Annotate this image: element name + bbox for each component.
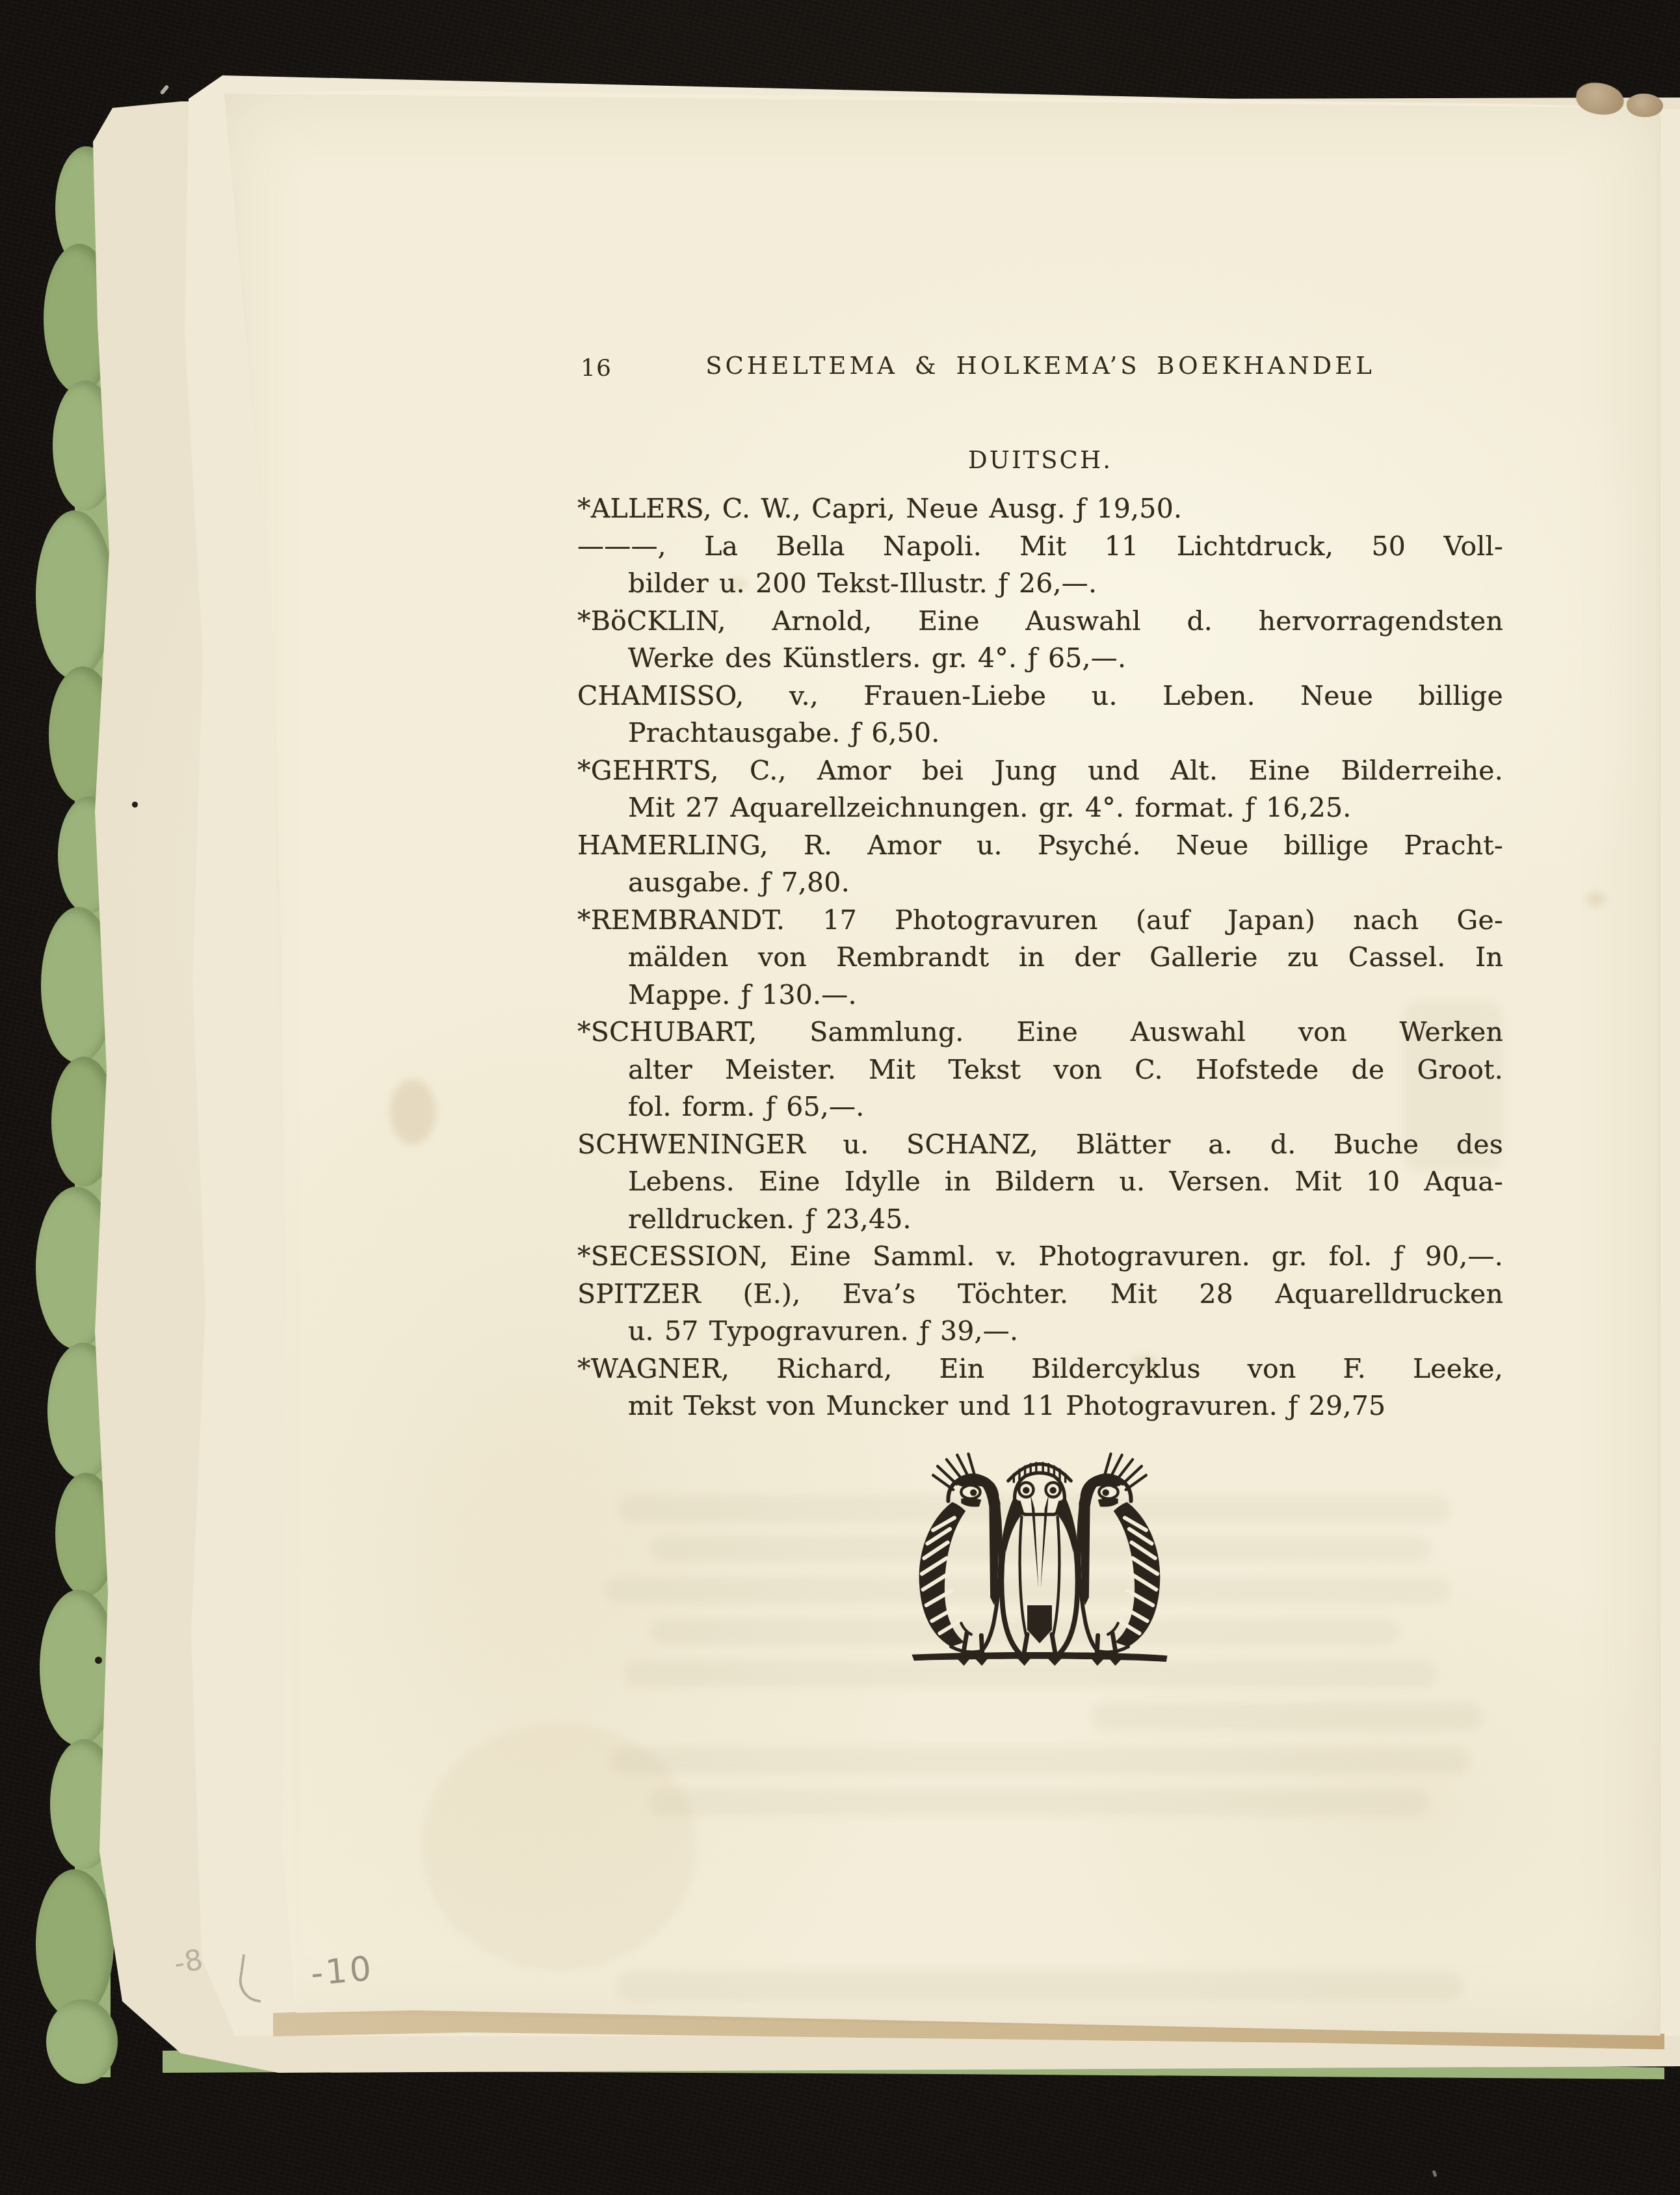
running-title: SCHELTEMA & HOLKEMA’S BOEKHANDEL: [598, 352, 1482, 380]
catalog-entry: *WAGNER, Richard, Ein Bildercyklus von F…: [577, 1350, 1503, 1425]
catalog-entry-line: bilder u. 200 Tekst-Illustr. ƒ 26,—.: [577, 565, 1503, 603]
section-heading: DUITSCH.: [598, 446, 1482, 474]
catalog-entry-line: *WAGNER, Richard, Ein Bildercyklus von F…: [577, 1350, 1503, 1388]
catalog-entry-line: u. 57 Typogravuren. ƒ 39,—.: [577, 1313, 1503, 1350]
catalog-entry: ———, La Bella Napoli. Mit 11 Lichtdruck,…: [577, 528, 1503, 603]
catalog-entry-line: CHAMISSO, v., Frauen-Liebe u. Leben. Neu…: [577, 677, 1503, 715]
catalog-entry-line: mit Tekst von Muncker und 11 Photogravur…: [577, 1387, 1503, 1425]
catalog-entry-line: relldrucken. ƒ 23,45.: [577, 1201, 1503, 1239]
catalog-entry-line: ausgabe. ƒ 7,80.: [577, 864, 1503, 902]
catalog-entry-line: *SCHUBART, Sammlung. Eine Auswahl von We…: [577, 1014, 1503, 1051]
three-storks-vignette-illustration: [877, 1438, 1202, 1679]
catalog-entry-line: Mit 27 Aquarellzeichnungen. gr. 4°. form…: [577, 789, 1503, 827]
scanned-catalog-page: { "page": { "page_number": "16", "runnin…: [0, 0, 1680, 2195]
catalog-entry-line: fol. form. ƒ 65,—.: [577, 1088, 1503, 1126]
catalog-entry-line: Lebens. Eine Idylle in Bildern u. Versen…: [577, 1163, 1503, 1201]
catalog-entry: SCHWENINGER u. SCHANZ, Blätter a. d. Buc…: [577, 1126, 1503, 1239]
catalog-entry-line: *BöCKLIN, Arnold, Eine Auswahl d. hervor…: [577, 603, 1503, 640]
catalog-entry: HAMERLING, R. Amor u. Psyché. Neue billi…: [577, 827, 1503, 902]
catalog-entry-line: Werke des Künstlers. gr. 4°. ƒ 65,—.: [577, 640, 1503, 677]
catalog-entry-line: mälden von Rembrandt in der Gallerie zu …: [577, 939, 1503, 977]
catalog-entry-line: HAMERLING, R. Amor u. Psyché. Neue billi…: [577, 827, 1503, 865]
catalog-entry-line: alter Meister. Mit Tekst von C. Hofstede…: [577, 1051, 1503, 1089]
catalog-entry: *GEHRTS, C., Amor bei Jung und Alt. Eine…: [577, 752, 1503, 827]
catalog-entry-line: *REMBRANDT. 17 Photogravuren (auf Japan)…: [577, 902, 1503, 940]
catalog-entry: *SECESSION, Eine Samml. v. Photogravuren…: [577, 1238, 1503, 1276]
catalog-entries: *ALLERS, C. W., Capri, Neue Ausg. ƒ 19,5…: [577, 490, 1503, 1425]
catalog-entry-line: ———, La Bella Napoli. Mit 11 Lichtdruck,…: [577, 528, 1503, 566]
catalog-entry-line: *ALLERS, C. W., Capri, Neue Ausg. ƒ 19,5…: [577, 490, 1503, 528]
catalog-entry-line: Prachtausgabe. ƒ 6,50.: [577, 715, 1503, 752]
catalog-entry-line: *SECESSION, Eine Samml. v. Photogravuren…: [577, 1238, 1503, 1276]
catalog-entry-line: *GEHRTS, C., Amor bei Jung und Alt. Eine…: [577, 752, 1503, 790]
catalog-entry: *REMBRANDT. 17 Photogravuren (auf Japan)…: [577, 902, 1503, 1014]
catalog-entry: *BöCKLIN, Arnold, Eine Auswahl d. hervor…: [577, 603, 1503, 677]
catalog-entry-line: Mappe. ƒ 130.—.: [577, 977, 1503, 1014]
catalog-entry: *SCHUBART, Sammlung. Eine Auswahl von We…: [577, 1014, 1503, 1126]
catalog-entry: CHAMISSO, v., Frauen-Liebe u. Leben. Neu…: [577, 677, 1503, 752]
catalog-entry-line: SCHWENINGER u. SCHANZ, Blätter a. d. Buc…: [577, 1126, 1503, 1164]
catalog-entry-line: SPITZER (E.), Eva’s Töchter. Mit 28 Aqua…: [577, 1276, 1503, 1313]
catalog-entry: SPITZER (E.), Eva’s Töchter. Mit 28 Aqua…: [577, 1276, 1503, 1350]
catalog-entry: *ALLERS, C. W., Capri, Neue Ausg. ƒ 19,5…: [577, 490, 1503, 528]
printed-content: 16 SCHELTEMA & HOLKEMA’S BOEKHANDEL DUIT…: [0, 0, 1680, 2195]
